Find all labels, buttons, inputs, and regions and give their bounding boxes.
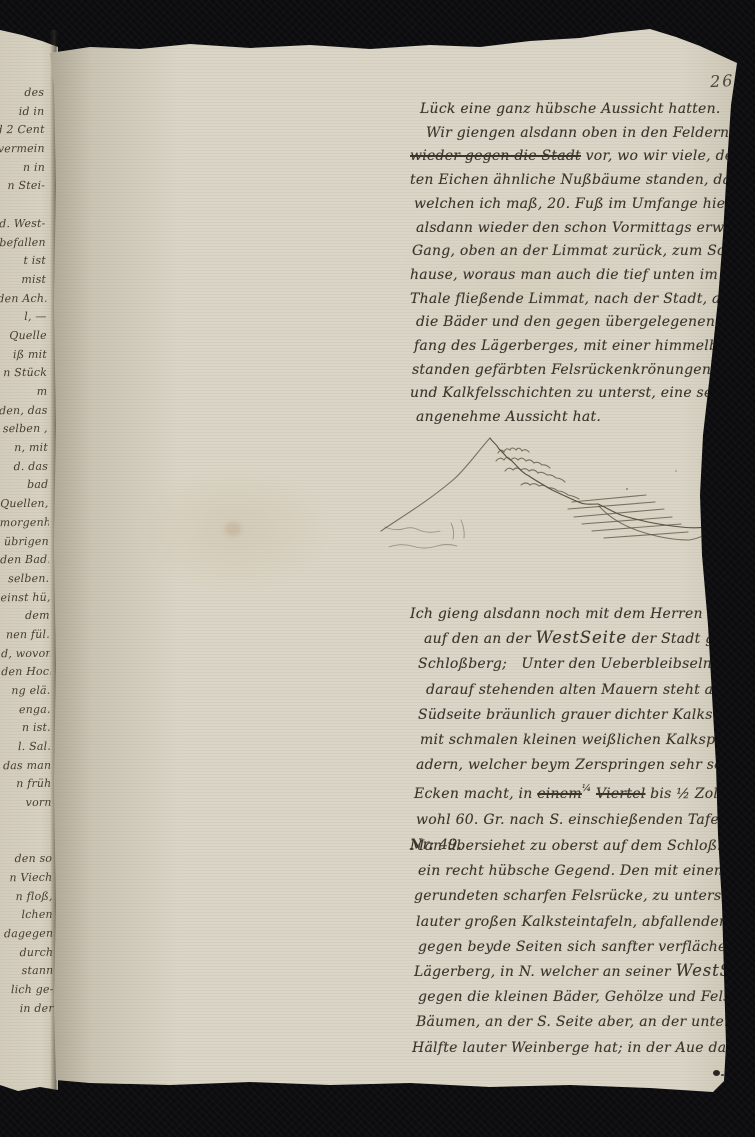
facing-page-line: den Bad.	[0, 551, 49, 570]
text-line: die Bäder und den gegen übergelegenen An…	[410, 310, 755, 334]
page-number: 262.	[710, 70, 755, 91]
text-line: alsdann wieder den schon Vormittags erwä…	[410, 216, 755, 240]
facing-page-line: durch	[4, 943, 53, 962]
text-line: darauf stehenden alten Mauern steht an d…	[410, 677, 755, 702]
facing-page-line: n in	[0, 159, 45, 178]
facing-page-line: d 2 Cent	[0, 121, 45, 140]
facing-page-line: selben ,	[0, 420, 48, 439]
facing-page-line: morgenhin.	[0, 514, 49, 533]
para-1: Lück eine ganz hübsche Aussicht hatten.W…	[410, 97, 755, 429]
text-line: Thale fließende Limmat, nach der Stadt, …	[410, 287, 755, 311]
facing-page-line: den, das	[0, 401, 48, 420]
text-line: gerundeten scharfen Felsrücke, zu unters…	[410, 883, 755, 908]
facing-page-line: selben.	[0, 570, 49, 589]
facing-page-line: d. das	[0, 458, 48, 477]
text-line: ein recht hübsche Gegend. Den mit einem …	[410, 858, 755, 883]
manuscript-scan: desid ind 2 Centvermeinn inn Stei-d. Wes…	[0, 0, 755, 1137]
text-line: gegen die kleinen Bäder, Gehölze und Fel…	[410, 984, 755, 1009]
facing-page-line: n, mit	[0, 439, 48, 458]
text-line: Hälfte lauter Weinberge hat; in der Aue …	[410, 1035, 755, 1060]
text-line: auf den an der WestSeite der Stadt geleg…	[410, 626, 755, 651]
facing-page-line	[3, 813, 52, 832]
facing-page-line: in der	[5, 999, 54, 1018]
text-line: lauter großen Kalksteintafeln, abfallend…	[410, 909, 755, 934]
text-line: standen gefärbten Felsrückenkrönungen Ka…	[410, 358, 755, 382]
facing-page-line: den so	[3, 850, 52, 869]
text-line: adern, welcher beym Zerspringen sehr sch…	[410, 752, 755, 777]
text-line: und Kalkfelsschichten zu unterst, eine s…	[410, 381, 755, 405]
mountain-sketch	[375, 428, 727, 556]
facing-page-line: befallen	[0, 233, 46, 252]
facing-page-line: n Stück	[0, 364, 47, 383]
facing-page-line: einst hü,	[0, 588, 49, 607]
facing-page-line: bad	[0, 476, 48, 495]
facing-page-line: stann	[4, 962, 53, 981]
facing-page-line: t ist	[0, 252, 46, 271]
text-line: Ich gieng alsdann noch mit dem Herren vo…	[410, 601, 755, 626]
facing-page-line: mist	[0, 271, 46, 290]
facing-page-line: dagegen	[4, 925, 53, 944]
text-line: mit schmalen kleinen weißlichen Kalkspat…	[410, 727, 755, 752]
facing-page-line: dem	[1, 607, 50, 626]
text-line: wohl 60. Gr. nach S. einschießenden Tafe…	[410, 807, 755, 832]
facing-page-line: vorn	[3, 794, 52, 813]
facing-page-line: lchen	[4, 906, 53, 925]
facing-page-line: iß mit	[0, 345, 47, 364]
text-line: Man übersiehet zu oberst auf dem Schloßb…	[410, 833, 755, 858]
facing-page-line: l, —	[0, 308, 47, 327]
text-line: Lägerberg, in N. welcher an seiner WestS…	[410, 959, 755, 984]
text-line: Gang, oben an der Limmat zurück, zum Sch…	[410, 239, 755, 263]
facing-page-line: das man	[2, 756, 51, 775]
facing-page-line: übrigen	[0, 532, 49, 551]
facing-page-text-fragments: desid ind 2 Centvermeinn inn Stei-d. Wes…	[0, 84, 57, 1019]
facing-page-line: enga.	[2, 700, 51, 719]
facing-page-line: l. Sal.	[2, 738, 51, 757]
text-line: Bäumen, an der S. Seite aber, an der unt…	[410, 1009, 755, 1034]
facing-page-line: des	[0, 84, 44, 103]
para-2: Ich gieng alsdann noch mit dem Herren vo…	[410, 601, 755, 857]
facing-page-line: m	[0, 383, 47, 402]
facing-page-line: den Ach.	[0, 289, 46, 308]
text-line: gegen beyde Seiten sich sanfter verfläch…	[410, 934, 755, 959]
text-line: Südseite bräunlich grauer dichter Kalkst…	[410, 702, 755, 727]
facing-page-line: d. West-	[0, 215, 46, 234]
facing-page-line: nen fül.	[1, 626, 50, 645]
text-line: hause, woraus man auch die tief unten im	[410, 263, 755, 287]
para-3: Man übersiehet zu oberst auf dem Schloßb…	[410, 833, 755, 1060]
facing-page-line: ng elä.	[1, 682, 50, 701]
text-line: Ecken macht, in einem¼ Viertel bis ½ Zol…	[410, 777, 755, 806]
text-line: Wir giengen alsdann oben in den Feldern …	[410, 121, 755, 145]
manuscript-page: 262. Lück eine ganz hübsche Aussicht hat…	[50, 25, 740, 1100]
foxing-spot	[225, 522, 241, 536]
facing-page-line	[3, 831, 52, 850]
ink-speck	[713, 1070, 720, 1076]
facing-page-line: n früh	[2, 775, 51, 794]
text-line: Schloßberg; Unter den Ueberbleibseln der	[410, 651, 755, 676]
facing-page-line: d, wovon	[1, 644, 50, 663]
text-line: fang des Lägerberges, mit einer himmelbl…	[410, 334, 755, 358]
text-line: ten Eichen ähnliche Nußbäume standen, da…	[410, 168, 755, 192]
facing-page-line: n Stei-	[0, 177, 45, 196]
facing-page-line: id in	[0, 102, 44, 121]
facing-page-line: den Hoch	[1, 663, 50, 682]
facing-page-line: vermein	[0, 140, 45, 159]
text-line: welchen ich maß, 20. Fuß im Umfange hiel…	[410, 192, 755, 216]
text-line: wieder gegen die Stadt vor, wo wir viele…	[410, 144, 755, 168]
facing-page-line: Quelle	[0, 327, 47, 346]
facing-page-line: n ist.	[2, 719, 51, 738]
facing-page-line: lich ge-	[5, 981, 54, 1000]
facing-page-line: n Viech	[3, 869, 52, 888]
facing-page-line: n floß,	[4, 887, 53, 906]
facing-page-line	[0, 196, 45, 215]
facing-page-line: Quellen,	[0, 495, 49, 514]
text-line: angenehme Aussicht hat.	[410, 405, 755, 429]
text-line: Lück eine ganz hübsche Aussicht hatten.	[410, 97, 755, 121]
